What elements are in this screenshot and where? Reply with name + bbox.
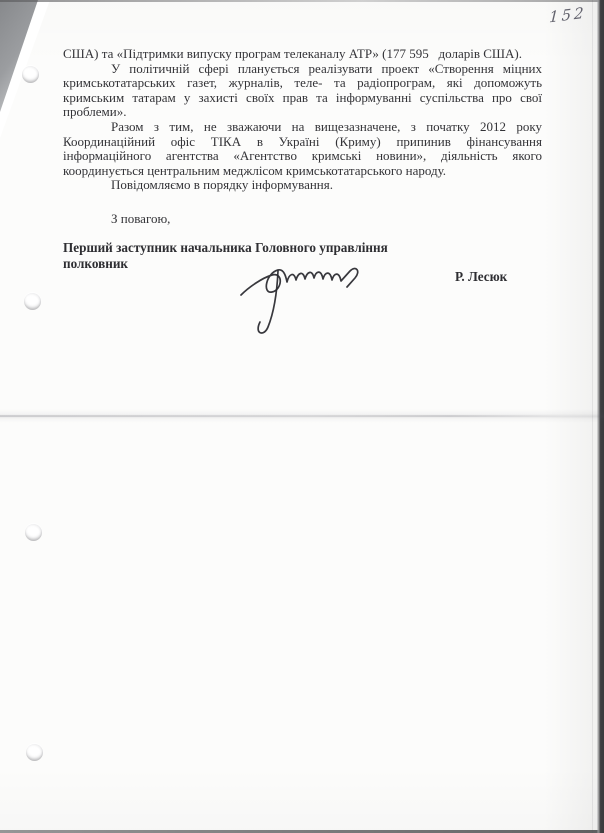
scanned-letter-page: 152 США) та «Підтримки випуску програм т… — [0, 0, 604, 833]
signer-name: Р. Лесюк — [455, 269, 507, 285]
paragraph: США) та «Підтримки випуску програм телек… — [63, 47, 542, 62]
hole-punch-icon — [26, 744, 43, 761]
closing-salutation: З повагою, — [111, 211, 170, 227]
signature-icon — [233, 248, 375, 340]
hole-punch-icon — [25, 524, 42, 541]
fold-crease-line — [0, 415, 562, 417]
scan-edge-top — [0, 0, 604, 2]
hole-punch-icon — [24, 293, 41, 310]
paragraph: Повідомляємо в порядку інформування. — [63, 178, 542, 193]
hole-punch-icon — [22, 66, 39, 83]
paragraph: У політичній сфері планується реалізуват… — [63, 62, 542, 120]
letter-body: США) та «Підтримки випуску програм телек… — [63, 47, 542, 193]
paragraph: Разом з тим, не зважаючи на вищезазначен… — [63, 120, 542, 178]
handwritten-page-number: 152 — [549, 4, 587, 27]
